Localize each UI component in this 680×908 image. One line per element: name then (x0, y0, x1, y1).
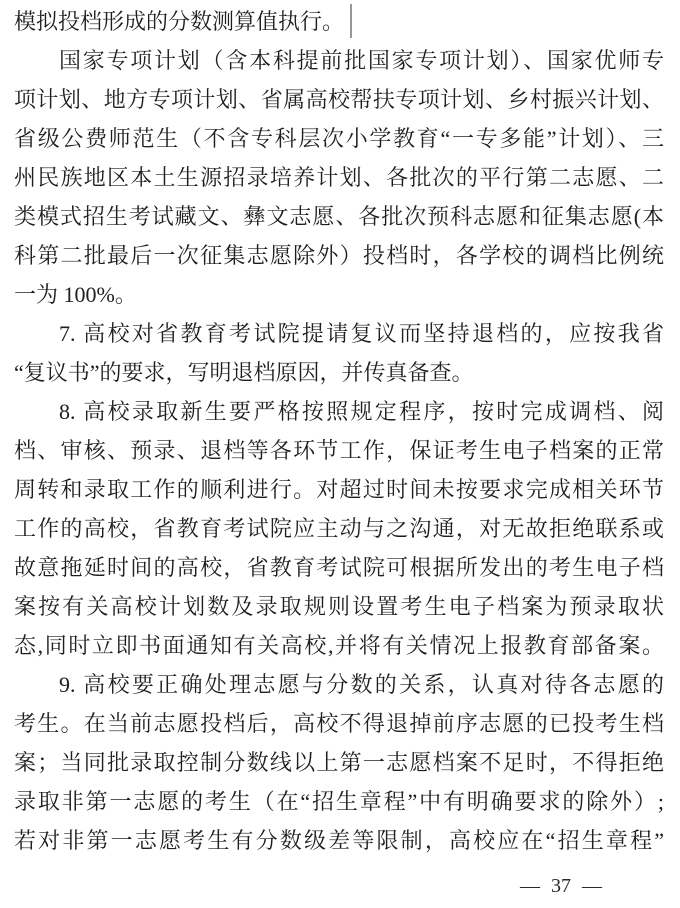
document-page: 模拟投档形成的分数测算值执行。国家专项计划（含本科提前批国家专项计划）、国家优师… (0, 0, 680, 908)
text-line: 9. 高校要正确处理志愿与分数的关系，认真对待各志愿的 (14, 665, 664, 704)
text-line: 态,同时立即书面通知有关高校,并将有关情况上报教育部备案。 (14, 626, 664, 665)
text-line: 考生。在当前志愿投档后，高校不得退掉前序志愿的已投考生档 (14, 704, 664, 743)
text-line: 国家专项计划（含本科提前批国家专项计划）、国家优师专 (14, 41, 664, 80)
text-line: 项计划、地方专项计划、省属高校帮扶专项计划、乡村振兴计划、 (14, 80, 664, 119)
text-line: 档、审核、预录、退档等各环节工作，保证考生电子档案的正常 (14, 431, 664, 470)
text-line: 故意拖延时间的高校，省教育考试院可根据所发出的考生电子档 (14, 548, 664, 587)
document-body: 模拟投档形成的分数测算值执行。国家专项计划（含本科提前批国家专项计划）、国家优师… (14, 2, 664, 860)
text-line: 8. 高校录取新生要严格按照规定程序，按时完成调档、阅 (14, 392, 664, 431)
text-line: 模拟投档形成的分数测算值执行。 (14, 2, 664, 41)
text-line: 周转和录取工作的顺利进行。对超过时间未按要求完成相关环节 (14, 470, 664, 509)
text-line: 录取非第一志愿的考生（在“招生章程”中有明确要求的除外）; (14, 782, 664, 821)
text-line: 工作的高校，省教育考试院应主动与之沟通，对无故拒绝联系或 (14, 509, 664, 548)
text-line: 类模式招生考试藏文、彝文志愿、各批次预科志愿和征集志愿(本 (14, 197, 664, 236)
text-line: “复议书”的要求，写明退档原因，并传真备查。 (14, 353, 664, 392)
page-number: — 37 — (520, 872, 602, 900)
text-line: 若对非第一志愿考生有分数级差等限制，高校应在“招生章程” (14, 821, 664, 860)
text-line: 科第二批最后一次征集志愿除外）投档时，各学校的调档比例统 (14, 236, 664, 275)
text-line: 一为 100%。 (14, 275, 664, 314)
text-line: 州民族地区本土生源招录培养计划、各批次的平行第二志愿、二 (14, 158, 664, 197)
text-line: 案按有关高校计划数及录取规则设置考生电子档案为预录取状 (14, 587, 664, 626)
text-cursor (350, 4, 352, 38)
text-line: 案；当同批录取控制分数线以上第一志愿档案不足时，不得拒绝 (14, 743, 664, 782)
text-line: 7. 高校对省教育考试院提请复议而坚持退档的，应按我省 (14, 314, 664, 353)
text-line: 省级公费师范生（不含专科层次小学教育“一专多能”计划）、三 (14, 119, 664, 158)
